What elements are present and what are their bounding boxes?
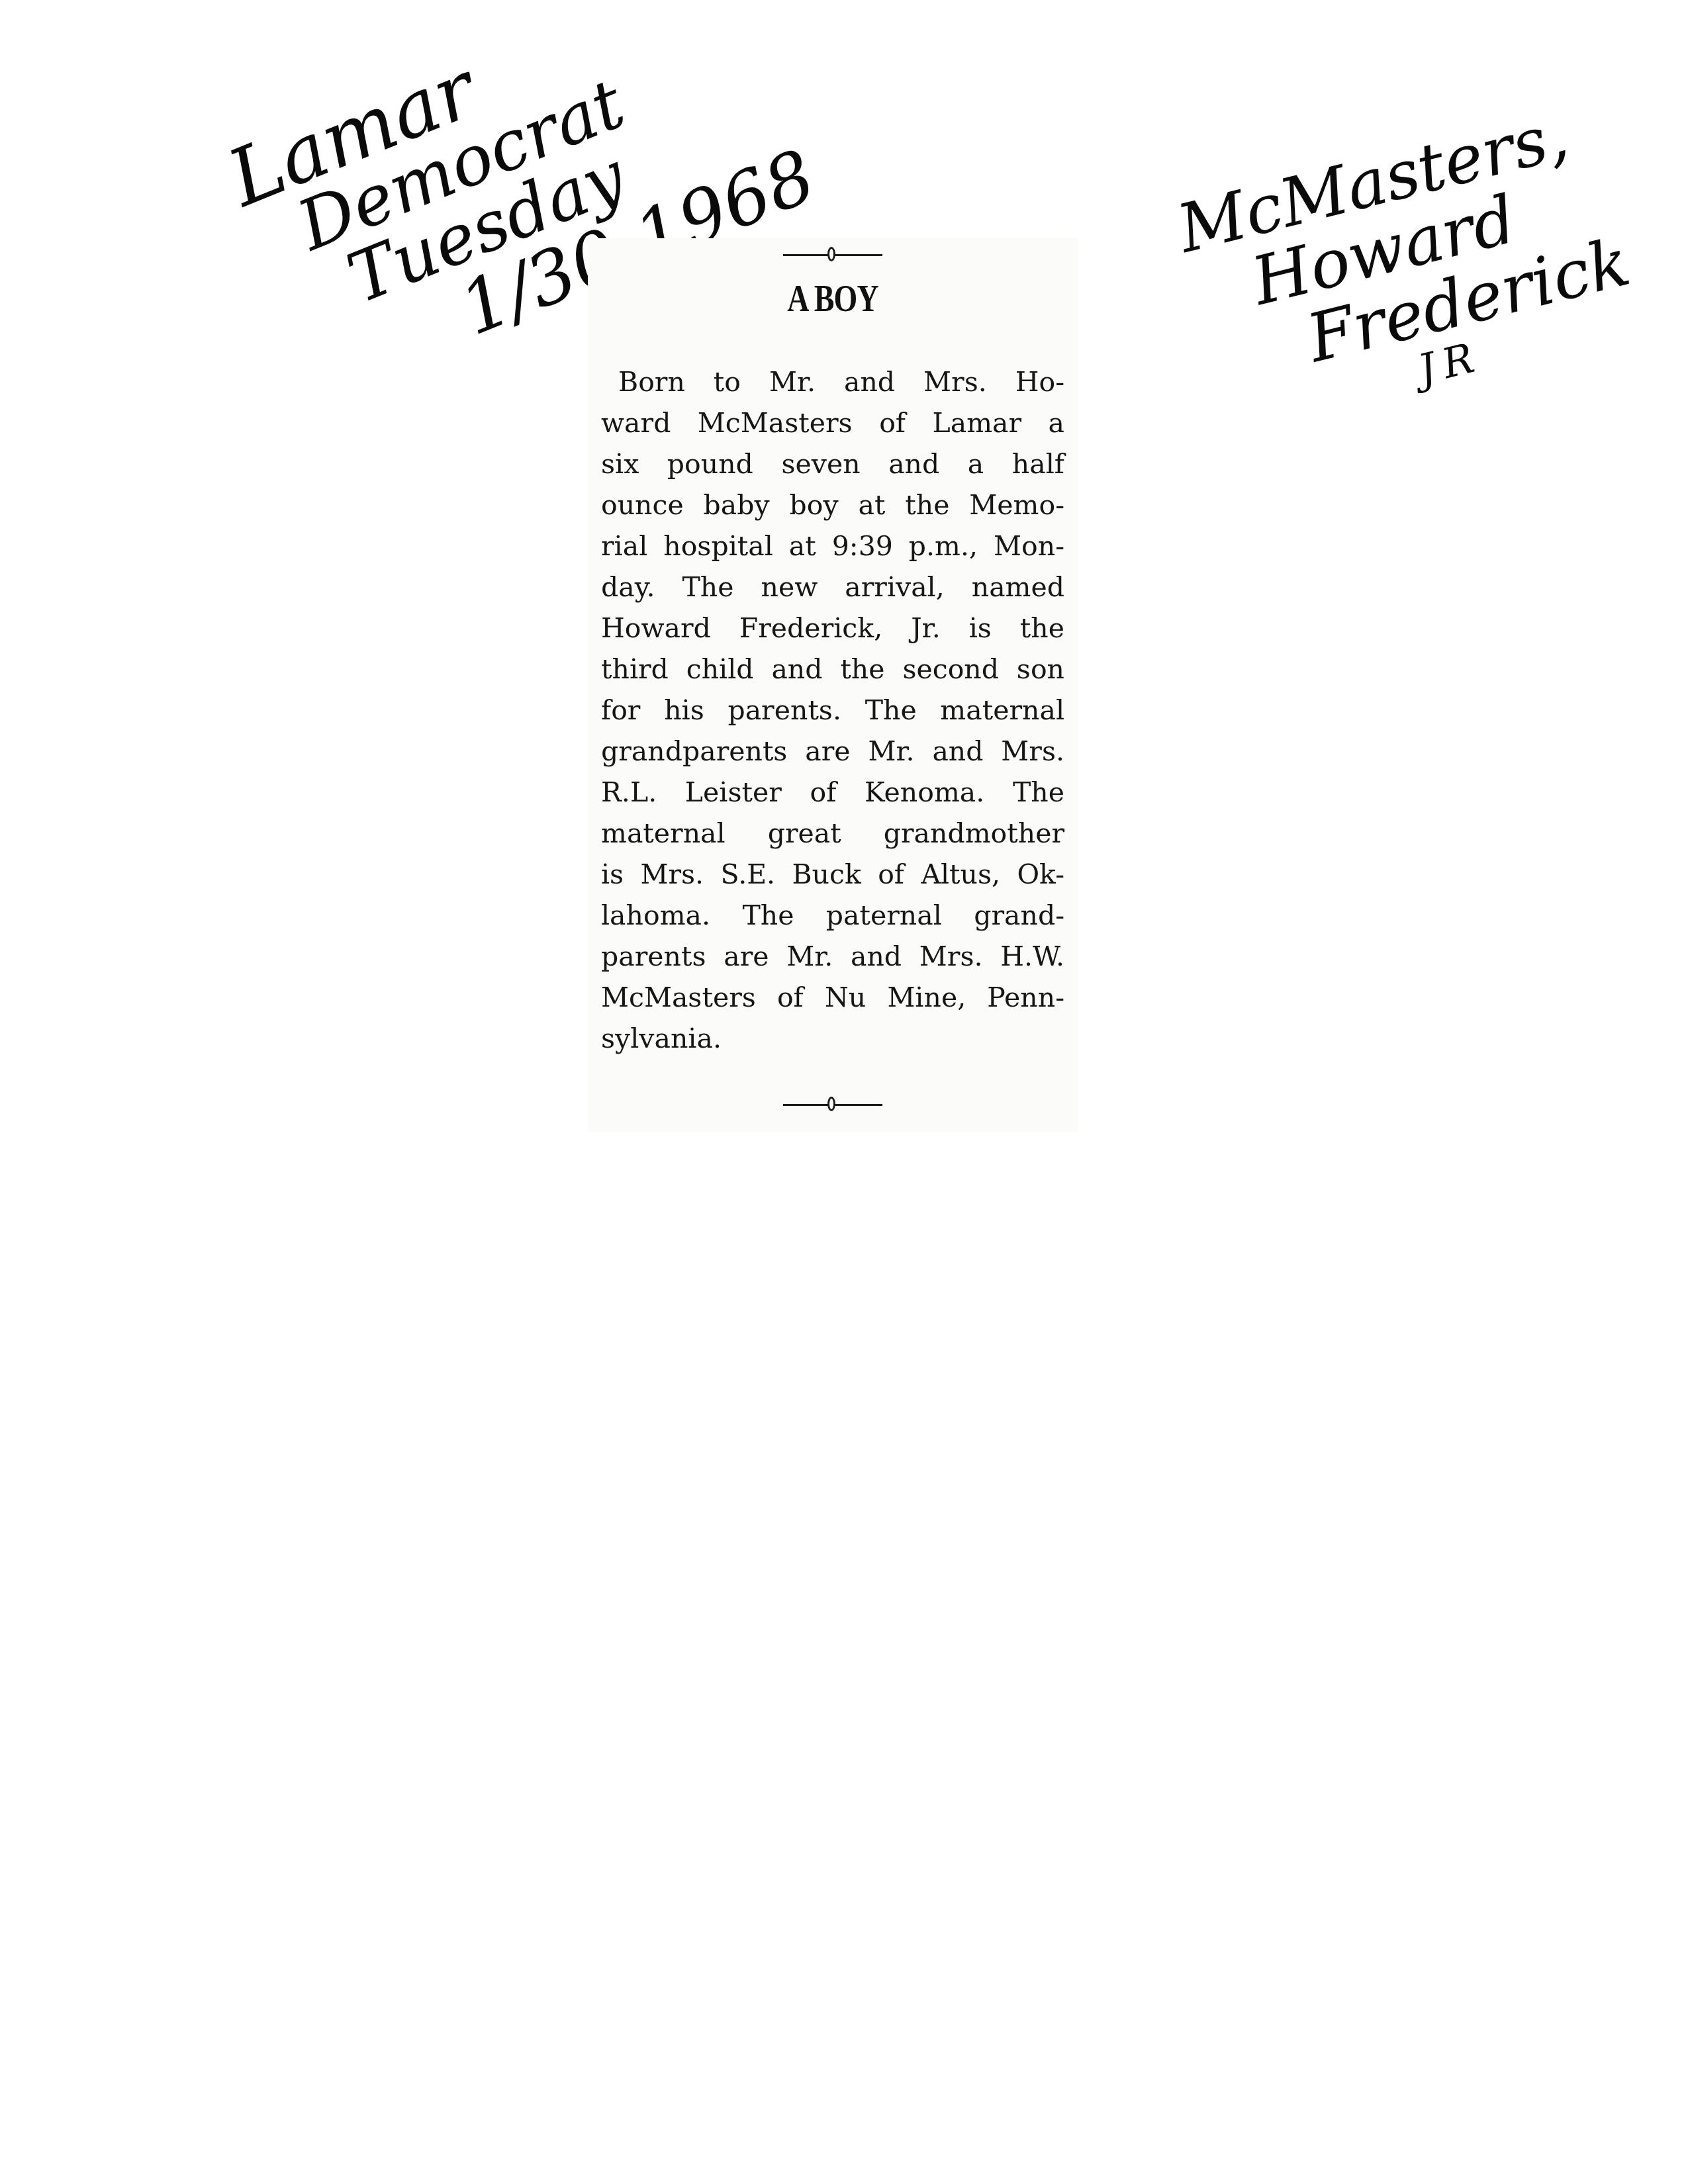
clipping-headline: A BOY [632, 278, 1034, 320]
clipping-line: for his parents. The maternal [601, 690, 1064, 731]
clipping-line: grandparents are Mr. and Mrs. [601, 731, 1064, 772]
clipping-line: McMasters of Nu Mine, Penn- [601, 977, 1064, 1018]
clipping-line: R.L. Leister of Kenoma. The [601, 772, 1064, 813]
clipping-line: sylvania. [601, 1018, 1064, 1059]
scanned-page: Lamar Democrat Tuesday 1/30-1968 McMaste… [0, 0, 1688, 2184]
clipping-line: Born to Mr. and Mrs. Ho- [601, 361, 1064, 402]
clipping-line: ward McMasters of Lamar a [601, 402, 1064, 443]
clipping-line: ounce baby boy at the Memo- [601, 484, 1064, 525]
clipping-line: third child and the second son [601, 649, 1064, 690]
clipping-line: lahoma. The paternal grand- [601, 895, 1064, 936]
clipping-line: day. The new arrival, named [601, 567, 1064, 608]
handwritten-name-note: McMasters, Howard Frederick JR [1172, 95, 1646, 439]
clipping-line: maternal great grandmother [601, 813, 1064, 854]
clipping-line: is Mrs. S.E. Buck of Altus, Ok- [601, 854, 1064, 895]
clipping-line: six pound seven and a half [601, 443, 1064, 484]
clipping-line: Howard Frederick, Jr. is the [601, 608, 1064, 649]
ornamental-rule-bottom [783, 1096, 882, 1113]
clipping-line: rial hospital at 9:39 p.m., Mon- [601, 525, 1064, 567]
clipping-line: parents are Mr. and Mrs. H.W. [601, 936, 1064, 977]
newspaper-clipping: A BOY Born to Mr. and Mrs. Ho-ward McMas… [588, 238, 1078, 1132]
ornamental-rule-top [783, 246, 882, 263]
clipping-body: Born to Mr. and Mrs. Ho-ward McMasters o… [601, 361, 1064, 1059]
